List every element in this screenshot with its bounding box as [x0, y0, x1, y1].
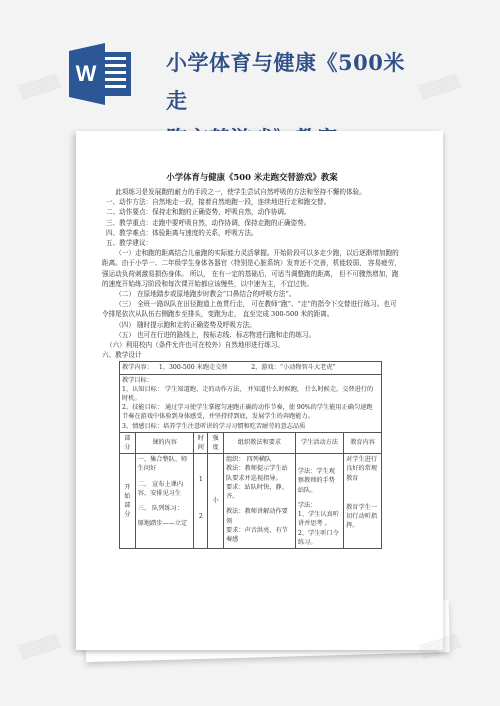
org-line: 组织： 四列横队 [226, 455, 293, 464]
content-item-1: 1、300-500 米跑走交替 [159, 364, 228, 371]
teaching-content-cell: 教学内容： 1、300-500 米跑走交替 2、游戏：“小动物智斗大老虎” [120, 362, 382, 374]
table-row-opening: 开始部分 一、集合整队、师生问好 二、 宣布上课内容、安排见习生 三、 队列练习… [120, 454, 382, 549]
suggestion-3: （三） 全班一路纵队在田径跑道上鱼贯行走， 可在教师“跑”、“走”的指令下交替进… [102, 299, 402, 319]
section-label: 四、教学难点： [106, 229, 152, 237]
cell-organization: 组织： 四列横队 教法：教师提示学生站队要求并巡视指导。 要求：站队时快、静、齐… [223, 454, 295, 549]
goal-skill-cont: 节奏在游戏中体验到身体感受，并坚持持到底，发展学生的奔跑能力。 [122, 412, 379, 421]
section-label: 一、动作方法： [106, 198, 152, 206]
section-text: 保持走和跑的正确姿势，呼吸自然，动作协调。 [152, 208, 290, 216]
section-label: 三、教学重点： [106, 219, 152, 227]
suggestion-5: （五） 也可在行进的路线上，按标志线、标志物进行跑和走的练习。 [102, 330, 402, 340]
org-line: 教法：教师提示学生站队要求并巡视指导。 [226, 464, 293, 482]
section-4: 四、教学难点：体验距离与速度的关系，呼吸方法。 [102, 228, 402, 238]
org-line: 教法：教师讲解动作要领 [226, 507, 293, 525]
col-header-content: 课的内容 [135, 432, 194, 453]
goal-affective: 3、情感目标：培养学生注意听讲的学习习惯和吃苦耐劳的意志品质 [122, 422, 379, 431]
content-line: 二、 宣布上课内容、安排见习生 [138, 480, 192, 498]
cell-time: 1 2 [194, 454, 208, 549]
svg-text:W: W [76, 61, 97, 86]
intro-paragraph: 此项练习是发展跑的耐力的手段之一，使学生尝试自然呼吸的方法和坚持不懈的体验。 [102, 187, 402, 197]
col-header-time: 时间 [194, 432, 208, 453]
suggestion-6: （六）利用校内（条件允许也可在校外）自然地形进行练习。 [102, 340, 402, 350]
teaching-goals-cell: 教学目标： 1、认知目标： 学生知道跑、走的动作方法， 并知道什么时候跑， 什么… [120, 374, 382, 432]
title-line-1: 小学体育与健康《500米走 [166, 44, 406, 120]
org-line: 要求：声音洪亮，有节奏感 [226, 526, 293, 544]
student-line: 2、学生听口令练习。 [298, 529, 341, 547]
content-item-2: 2、游戏：“小动物智斗大老虎” [251, 364, 336, 371]
page-header: W 小学体育与健康《500米走 跑交替游戏》教案 [0, 0, 500, 125]
lesson-heading: 小学体育与健康《500 米走跑交替游戏》教案 [102, 171, 402, 183]
cell-content: 一、集合整队、师生问好 二、 宣布上课内容、安排见习生 三、 队列练习： 原地踏… [135, 454, 194, 549]
org-line: 要求：站队时快、静、齐。 [226, 483, 293, 501]
time-value: 1 [196, 475, 205, 484]
col-header-intensity: 强度 [208, 432, 224, 453]
section-text: 走跑中要呼吸自然，动作协调，保持走跑的正确姿势。 [152, 219, 310, 227]
col-header-part: 部分 [120, 432, 136, 453]
table-row-content: 教学内容： 1、300-500 米跑走交替 2、游戏：“小动物智斗大老虎” [120, 362, 382, 374]
lesson-plan-table: 教学内容： 1、300-500 米跑走交替 2、游戏：“小动物智斗大老虎” 教学… [119, 361, 382, 548]
student-line: 1、学生认真听讲并思考 。 [298, 510, 341, 528]
education-line: 教育学生一切行动听指挥。 [346, 503, 379, 531]
content-line: 一、集合整队、师生问好 [138, 455, 192, 473]
section-text: 体验距离与速度的关系，呼吸方法。 [152, 229, 258, 237]
goals-label: 教学目标： [122, 376, 379, 385]
student-line: 学法：学生观察教师的手势站队。 [298, 467, 341, 495]
suggestion-1: （一）走和跑的距离结合儿童跑的实际能力灵活掌握。开始阶段可以多走少跑，以后逐渐增… [102, 248, 402, 289]
design-heading: 六、教学设计 [102, 350, 402, 360]
cell-education: 对学生进行良好的常规教育 教育学生一切行动听指挥。 [344, 454, 382, 549]
section-label: 二、动作要点： [106, 208, 152, 216]
cell-intensity: 小 [208, 454, 224, 549]
education-line: 对学生进行良好的常规教育 [346, 455, 379, 483]
watermark: ▒▒▒▒ [19, 634, 62, 661]
col-header-student-method: 学生活动方法 [295, 432, 343, 453]
document-page-preview: 小学体育与健康《500 米走跑交替游戏》教案 此项练习是发展跑的耐力的手段之一，… [76, 131, 443, 650]
col-header-organization: 组织教法和要求 [223, 432, 295, 453]
content-line: 三、 队列练习： [138, 504, 192, 513]
section-label: 五、教学建议： [106, 239, 152, 247]
cell-part: 开始部分 [120, 454, 136, 549]
word-document-icon: W [69, 43, 133, 105]
section-3: 三、教学重点：走跑中要呼吸自然，动作协调，保持走跑的正确姿势。 [102, 218, 402, 228]
section-text: 自然地走一段，接着自然地跑一段，连续地进行走和跑交替。 [152, 198, 330, 206]
student-line: 学法： [298, 501, 341, 510]
time-value: 2 [196, 512, 205, 521]
cell-student-method: 学法：学生观察教师的手势站队。 学法： 1、学生认真听讲并思考 。 2、学生听口… [295, 454, 343, 549]
section-2: 二、动作要点：保持走和跑的正确姿势，呼吸自然，动作协调。 [102, 207, 402, 217]
content-line: 原地踏步——立定 [138, 519, 192, 528]
goal-cognitive: 1、认知目标： 学生知道跑、走的动作方法， 并知道什么时候跑， 什么时候走，交替… [122, 385, 379, 403]
goal-skill: 2、技能目标： 通过学习使学生掌握匀速跑正确的动作节奏，使 90%的学生能用正确… [122, 403, 379, 412]
col-header-education: 教育内容 [344, 432, 382, 453]
page-content: 小学体育与健康《500 米走跑交替游戏》教案 此项练习是发展跑的耐力的手段之一，… [102, 171, 402, 549]
section-1: 一、动作方法：自然地走一段，接着自然地跑一段，连续地进行走和跑交替。 [102, 197, 402, 207]
content-label: 教学内容： [122, 364, 153, 371]
table-header-row: 部分 课的内容 时间 强度 组织教法和要求 学生活动方法 教育内容 [120, 432, 382, 453]
section-5: 五、教学建议： [102, 238, 402, 248]
suggestion-4: （四） 随时提示跑和走的正确姿势及呼吸方法。 [102, 320, 402, 330]
suggestion-2: （二） 在原地踏步或原地跑步时教会“口鼻结合的呼吸方法”。 [102, 289, 402, 299]
table-row-goals: 教学目标： 1、认知目标： 学生知道跑、走的动作方法， 并知道什么时候跑， 什么… [120, 374, 382, 432]
